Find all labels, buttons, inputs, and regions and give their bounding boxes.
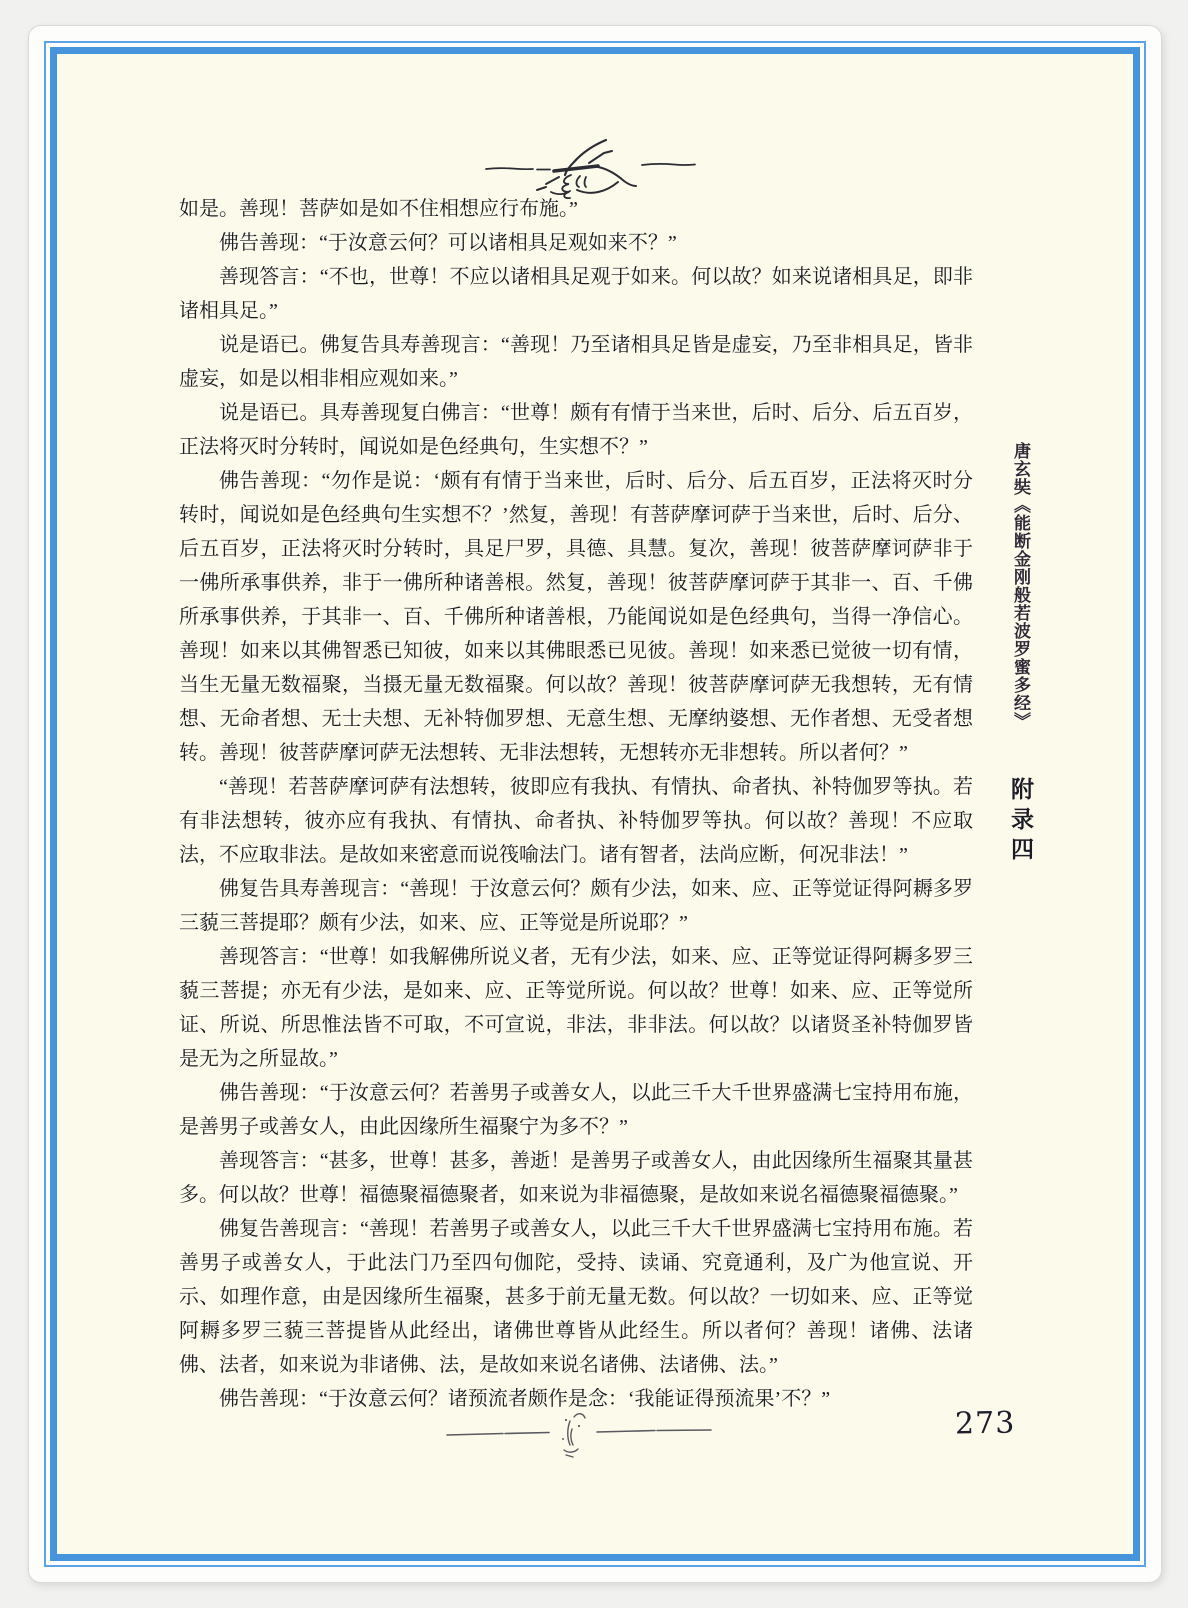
- ink-sketch-divider-icon: [445, 1409, 717, 1461]
- screenshot-root: { "page": { "number": "273" }, "margin":…: [0, 0, 1188, 1608]
- paragraph: 如是。善现！菩萨如是如不住相想应行布施。”: [179, 192, 973, 226]
- paragraph: “善现！若菩萨摩诃萨有法想转，彼即应有我执、有情执、命者执、补特伽罗等执。若有非…: [179, 770, 973, 872]
- body-text: 如是。善现！菩萨如是如不住相想应行布施。”佛告善现：“于汝意云何？可以诸相具足观…: [179, 192, 973, 1416]
- page-paper: 如是。善现！菩萨如是如不住相想应行布施。”佛告善现：“于汝意云何？可以诸相具足观…: [57, 54, 1133, 1554]
- paragraph: 佛告善现：“勿作是说：‘颇有有情于当来世，后时、后分、后五百岁，正法将灭时分转时…: [179, 464, 973, 770]
- scanned-page: 如是。善现！菩萨如是如不住相想应行布施。”佛告善现：“于汝意云何？可以诸相具足观…: [28, 25, 1162, 1583]
- margin-running-title: 唐玄奘《能断金刚般若波罗蜜多经》 附录四: [1004, 442, 1037, 922]
- paragraph: 善现答言：“不也，世尊！不应以诸相具足观于如来。何以故？如来说诸相具足，即非诸相…: [179, 260, 973, 328]
- paragraph: 佛复告善现言：“善现！若善男子或善女人，以此三千大千世界盛满七宝持用布施。若善男…: [179, 1212, 973, 1382]
- paragraph: 佛告善现：“于汝意云何？可以诸相具足观如来不？”: [179, 226, 973, 260]
- paragraph: 佛告善现：“于汝意云何？若善男子或善女人，以此三千大千世界盛满七宝持用布施，是善…: [179, 1076, 973, 1144]
- appendix-label: 附录四: [1008, 777, 1033, 867]
- paragraph: 善现答言：“甚多，世尊！甚多，善逝！是善男子或善女人，由此因缘所生福聚其量甚多。…: [179, 1144, 973, 1212]
- paragraph: 说是语已。佛复告具寿善现言：“善现！乃至诸相具足皆是虚妄，乃至非相具足，皆非虚妄…: [179, 328, 973, 396]
- running-title-text: 唐玄奘《能断金刚般若波罗蜜多经》: [1011, 442, 1030, 730]
- page-number: 273: [955, 1405, 1016, 1441]
- paragraph: 佛复告具寿善现言：“善现！于汝意云何？颇有少法，如来、应、正等觉证得阿耨多罗三藐…: [179, 872, 973, 940]
- paragraph: 善现答言：“世尊！如我解佛所说义者，无有少法，如来、应、正等觉证得阿耨多罗三藐三…: [179, 940, 973, 1076]
- paragraph: 说是语已。具寿善现复白佛言：“世尊！颇有有情于当来世，后时、后分、后五百岁，正法…: [179, 396, 973, 464]
